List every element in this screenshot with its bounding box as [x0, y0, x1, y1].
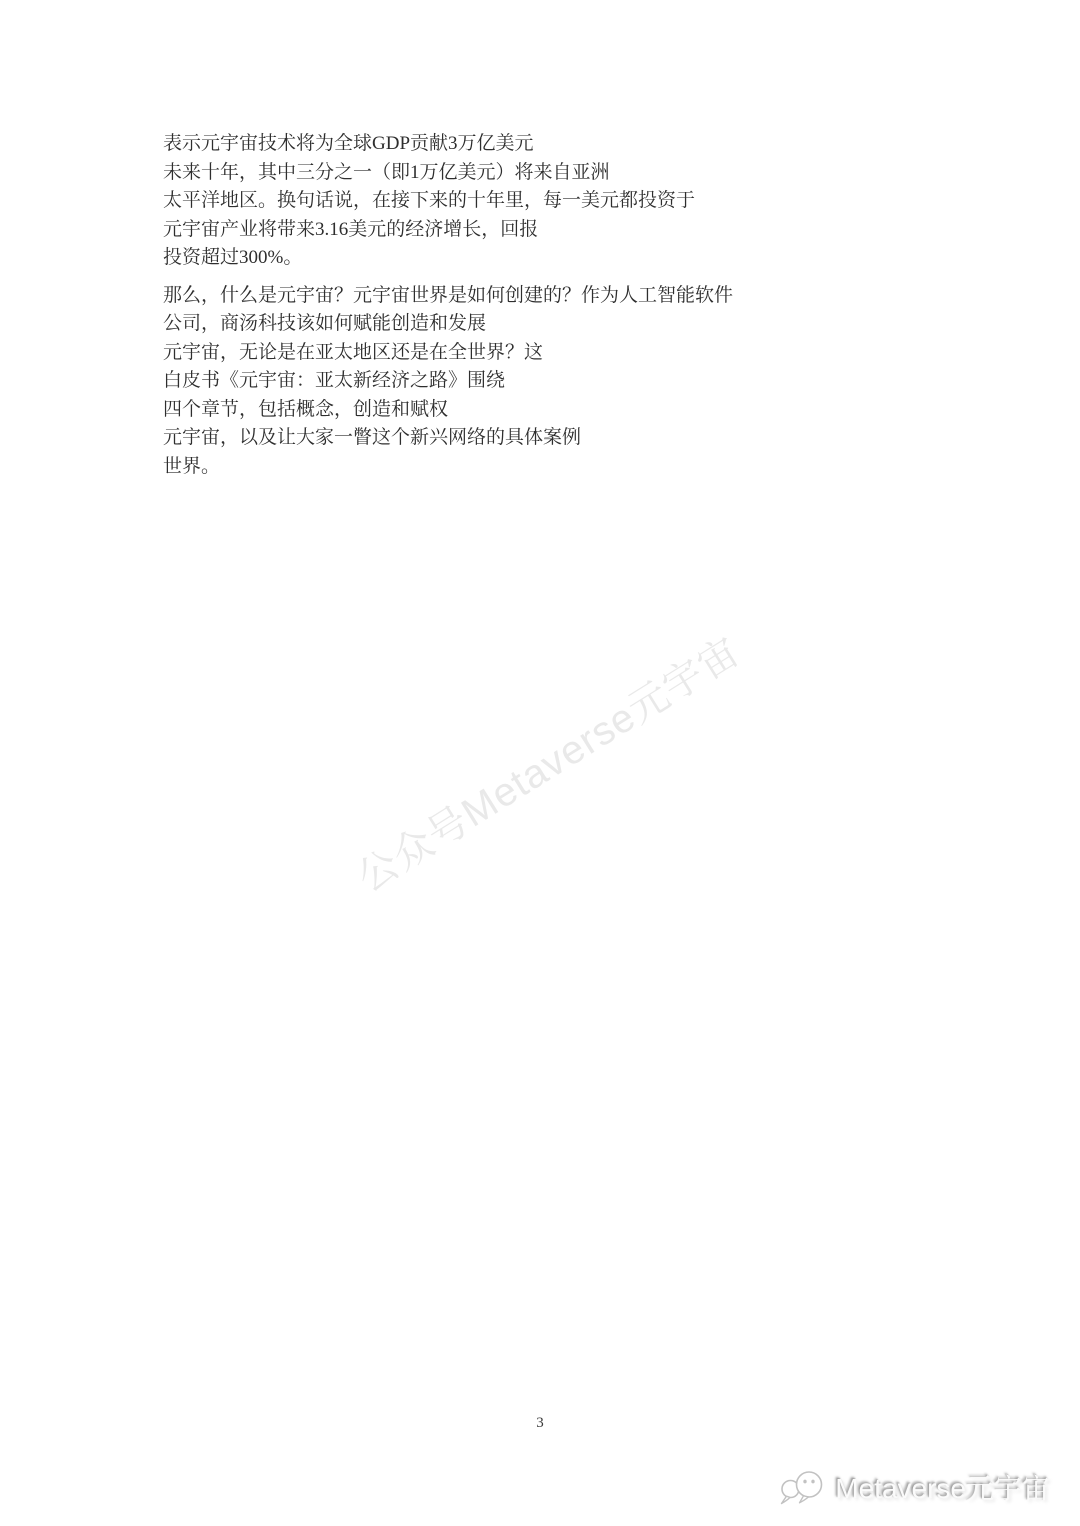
footer-brand: Metaverse元宇宙: [778, 1468, 1050, 1510]
paragraph-gdp-contribution: 表示元宇宙技术将为全球GDP贡献3万亿美元 未来十年，其中三分之一（即1万亿美元…: [163, 130, 733, 273]
body-text-block: 表示元宇宙技术将为全球GDP贡献3万亿美元 未来十年，其中三分之一（即1万亿美元…: [163, 130, 733, 481]
body-text-line: 四个章节，包括概念，创造和赋权: [163, 396, 733, 425]
body-text-line: 元宇宙，以及让大家一瞥这个新兴网络的具体案例: [163, 424, 733, 453]
body-text-line: 投资超过300%。: [163, 244, 733, 273]
body-text-line: 公司，商汤科技该如何赋能创造和发展: [163, 310, 733, 339]
paragraph-whitepaper-intro: 那么，什么是元宇宙？元宇宙世界是如何创建的？作为人工智能软件 公司，商汤科技该如…: [163, 282, 733, 482]
body-text-line: 表示元宇宙技术将为全球GDP贡献3万亿美元: [163, 130, 733, 159]
body-text-line: 白皮书《元宇宙：亚太新经济之路》围绕: [163, 367, 733, 396]
wechat-icon: [778, 1469, 828, 1509]
body-text-line: 世界。: [163, 453, 733, 482]
body-text-line: 元宇宙产业将带来3.16美元的经济增长，回报: [163, 216, 733, 245]
footer-brand-text: Metaverse元宇宙: [835, 1473, 1050, 1505]
body-text-line: 那么，什么是元宇宙？元宇宙世界是如何创建的？作为人工智能软件: [163, 282, 733, 311]
body-text-line: 元宇宙，无论是在亚太地区还是在全世界？这: [163, 339, 733, 368]
diagonal-watermark: 公众号Metaverse元宇宙: [345, 621, 750, 903]
body-text-line: 未来十年，其中三分之一（即1万亿美元）将来自亚洲: [163, 159, 733, 188]
body-text-line: 太平洋地区。换句话说，在接下来的十年里，每一美元都投资于: [163, 187, 733, 216]
page-number: 3: [0, 1415, 1080, 1431]
document-page: 表示元宇宙技术将为全球GDP贡献3万亿美元 未来十年，其中三分之一（即1万亿美元…: [0, 0, 1080, 1526]
